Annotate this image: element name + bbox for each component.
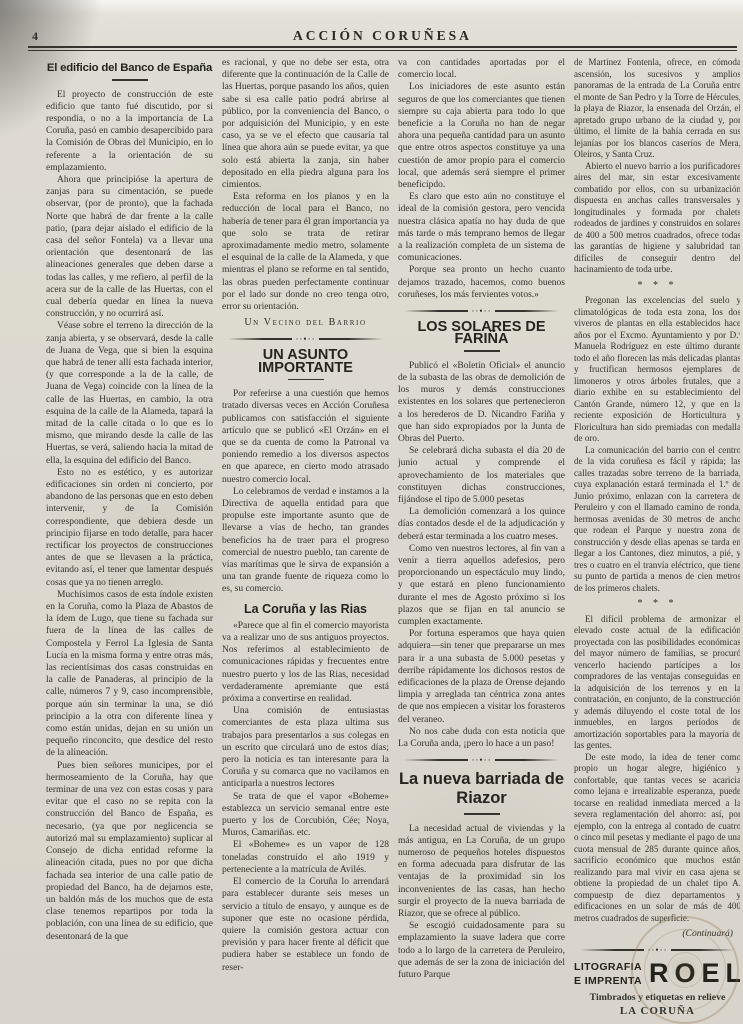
column-1: El edificio del Banco de EspañaEl proyec… [46,57,213,1024]
body-paragraph: Porque sea pronto un hecho cuanto dejamo… [398,264,565,301]
body-paragraph: El proyecto de construcción de este edif… [46,89,213,174]
headline-rule [464,813,500,814]
article-headline: La nueva barriada de Riazor [398,770,565,808]
body-paragraph: El difícil problema de armonizar el elev… [574,614,740,752]
body-paragraph: La necesidad actual de viviendas y la má… [398,823,565,921]
column-2: es racional, y que no debe ser esta, otr… [222,57,389,1024]
roel-ad-header: LITOGRAFIAE IMPRENTAROEL [574,960,740,988]
body-paragraph: Como ven nuestros lectores, al fin van a… [398,543,565,628]
divider-ornament [228,335,383,343]
body-paragraph: El «Boheme» es un vapor de 128 toneladas… [222,839,389,876]
scan-edge-highlight [0,0,743,14]
body-paragraph: Esto no es estético, y es autorizar edif… [46,467,213,589]
body-paragraph: va con cantidades aportadas por el comer… [398,57,565,81]
article-headline: El edificio del Banco de España [46,62,213,74]
divider-ornament [404,756,559,764]
body-paragraph: Lo celebramos de verdad e instamos a la … [222,486,389,596]
masthead-title: ACCIÓN CORUÑESA [30,28,735,43]
article-headline: LOS SOLARES DE FARIÑA [398,321,565,345]
author-signature: Un Vecino del Barrio [222,317,389,329]
body-paragraph: Por fortuna esperamos que haya quien adq… [398,628,565,726]
body-paragraph: Es claro que esto aún no constituye el i… [398,191,565,264]
body-paragraph: de Martínez Fontenla, ofrece, en cómoda … [574,57,740,161]
page-header: 4 ACCIÓN CORUÑESA [30,27,735,45]
body-paragraph: De este modo, la idea de tener como prop… [574,752,740,925]
continuation-note: (Continuará) [574,928,733,940]
roel-ad-services: LITOGRAFIAE IMPRENTA [574,960,642,988]
newspaper-page: 4 ACCIÓN CORUÑESA El edificio del Banco … [0,0,743,1024]
ornament-dots-icon [468,307,494,315]
headline-rule [288,379,324,380]
body-paragraph: Publicó el «Boletín Oficial» el anuncio … [398,360,565,445]
body-paragraph: Una comisión de entusiastas comerciantes… [222,705,389,790]
divider-ornament [580,946,735,954]
headline-rule [464,350,500,351]
article-headline: UN ASUNTO IMPORTANTE [222,349,389,373]
body-paragraph: Muchísimos casos de esta índole existen … [46,589,213,760]
body-paragraph: Pues bien señores municipes, por el herm… [46,760,213,943]
column-4: de Martínez Fontenla, ofrece, en cómoda … [574,57,740,1024]
divider-ornament [404,307,559,315]
body-paragraph: La demolición comenzará a los quince día… [398,506,565,543]
section-subhead: La Coruña y las Rias [222,603,389,615]
body-paragraph: Los iniciadores de este asunto están seg… [398,81,565,191]
roel-brand: ROEL [649,968,740,980]
body-paragraph: «Parece que al fin el comercio mayorista… [222,620,389,705]
ornament-dots-icon [644,946,670,954]
body-paragraph: Abierto el nuevo barrio a los purificado… [574,161,740,276]
body-paragraph: Se escogió cuidadosamente para su emplaz… [398,920,565,981]
body-paragraph: es racional, y que no debe ser esta, otr… [222,57,389,191]
headline-rule [112,79,148,80]
columns-container: El edificio del Banco de EspañaEl proyec… [46,57,740,1024]
ad-service-line: LITOGRAFIA [574,960,642,974]
body-paragraph: El comercio de la Coruña lo arrendará pa… [222,876,389,974]
body-paragraph: Por referirse a una cuestión que hemos t… [222,388,389,486]
header-rule [28,46,737,52]
body-paragraph: Pregonan las excelencias del suelo y cli… [574,295,740,445]
body-paragraph: La comunicación del barrio con el centro… [574,445,740,595]
asterism-divider-icon [574,280,740,292]
body-paragraph: Ahora que principióse la apertura de zan… [46,174,213,320]
body-paragraph: Esta reforma en los planos y en la reduc… [222,191,389,313]
column-3: va con cantidades aportadas por el comer… [398,57,565,1024]
ornament-dots-icon [292,335,318,343]
roel-city: LA CORUÑA [574,1006,740,1018]
ad-service-line: E IMPRENTA [574,974,642,988]
body-paragraph: Se celebrará dicha subasta el día 20 de … [398,445,565,506]
roel-tagline: Timbrados y etiquetas en relieve [574,992,740,1004]
body-paragraph: Se trata de que el vapor «Boheme» establ… [222,791,389,840]
body-paragraph: Véase sobre el terreno la dirección de l… [46,320,213,466]
body-paragraph: No nos cabe duda con esta noticia que La… [398,726,565,750]
roel-ad: LITOGRAFIAE IMPRENTAROELTimbrados y etiq… [574,960,740,1018]
ornament-dots-icon [468,756,494,764]
asterism-divider-icon [574,598,740,610]
